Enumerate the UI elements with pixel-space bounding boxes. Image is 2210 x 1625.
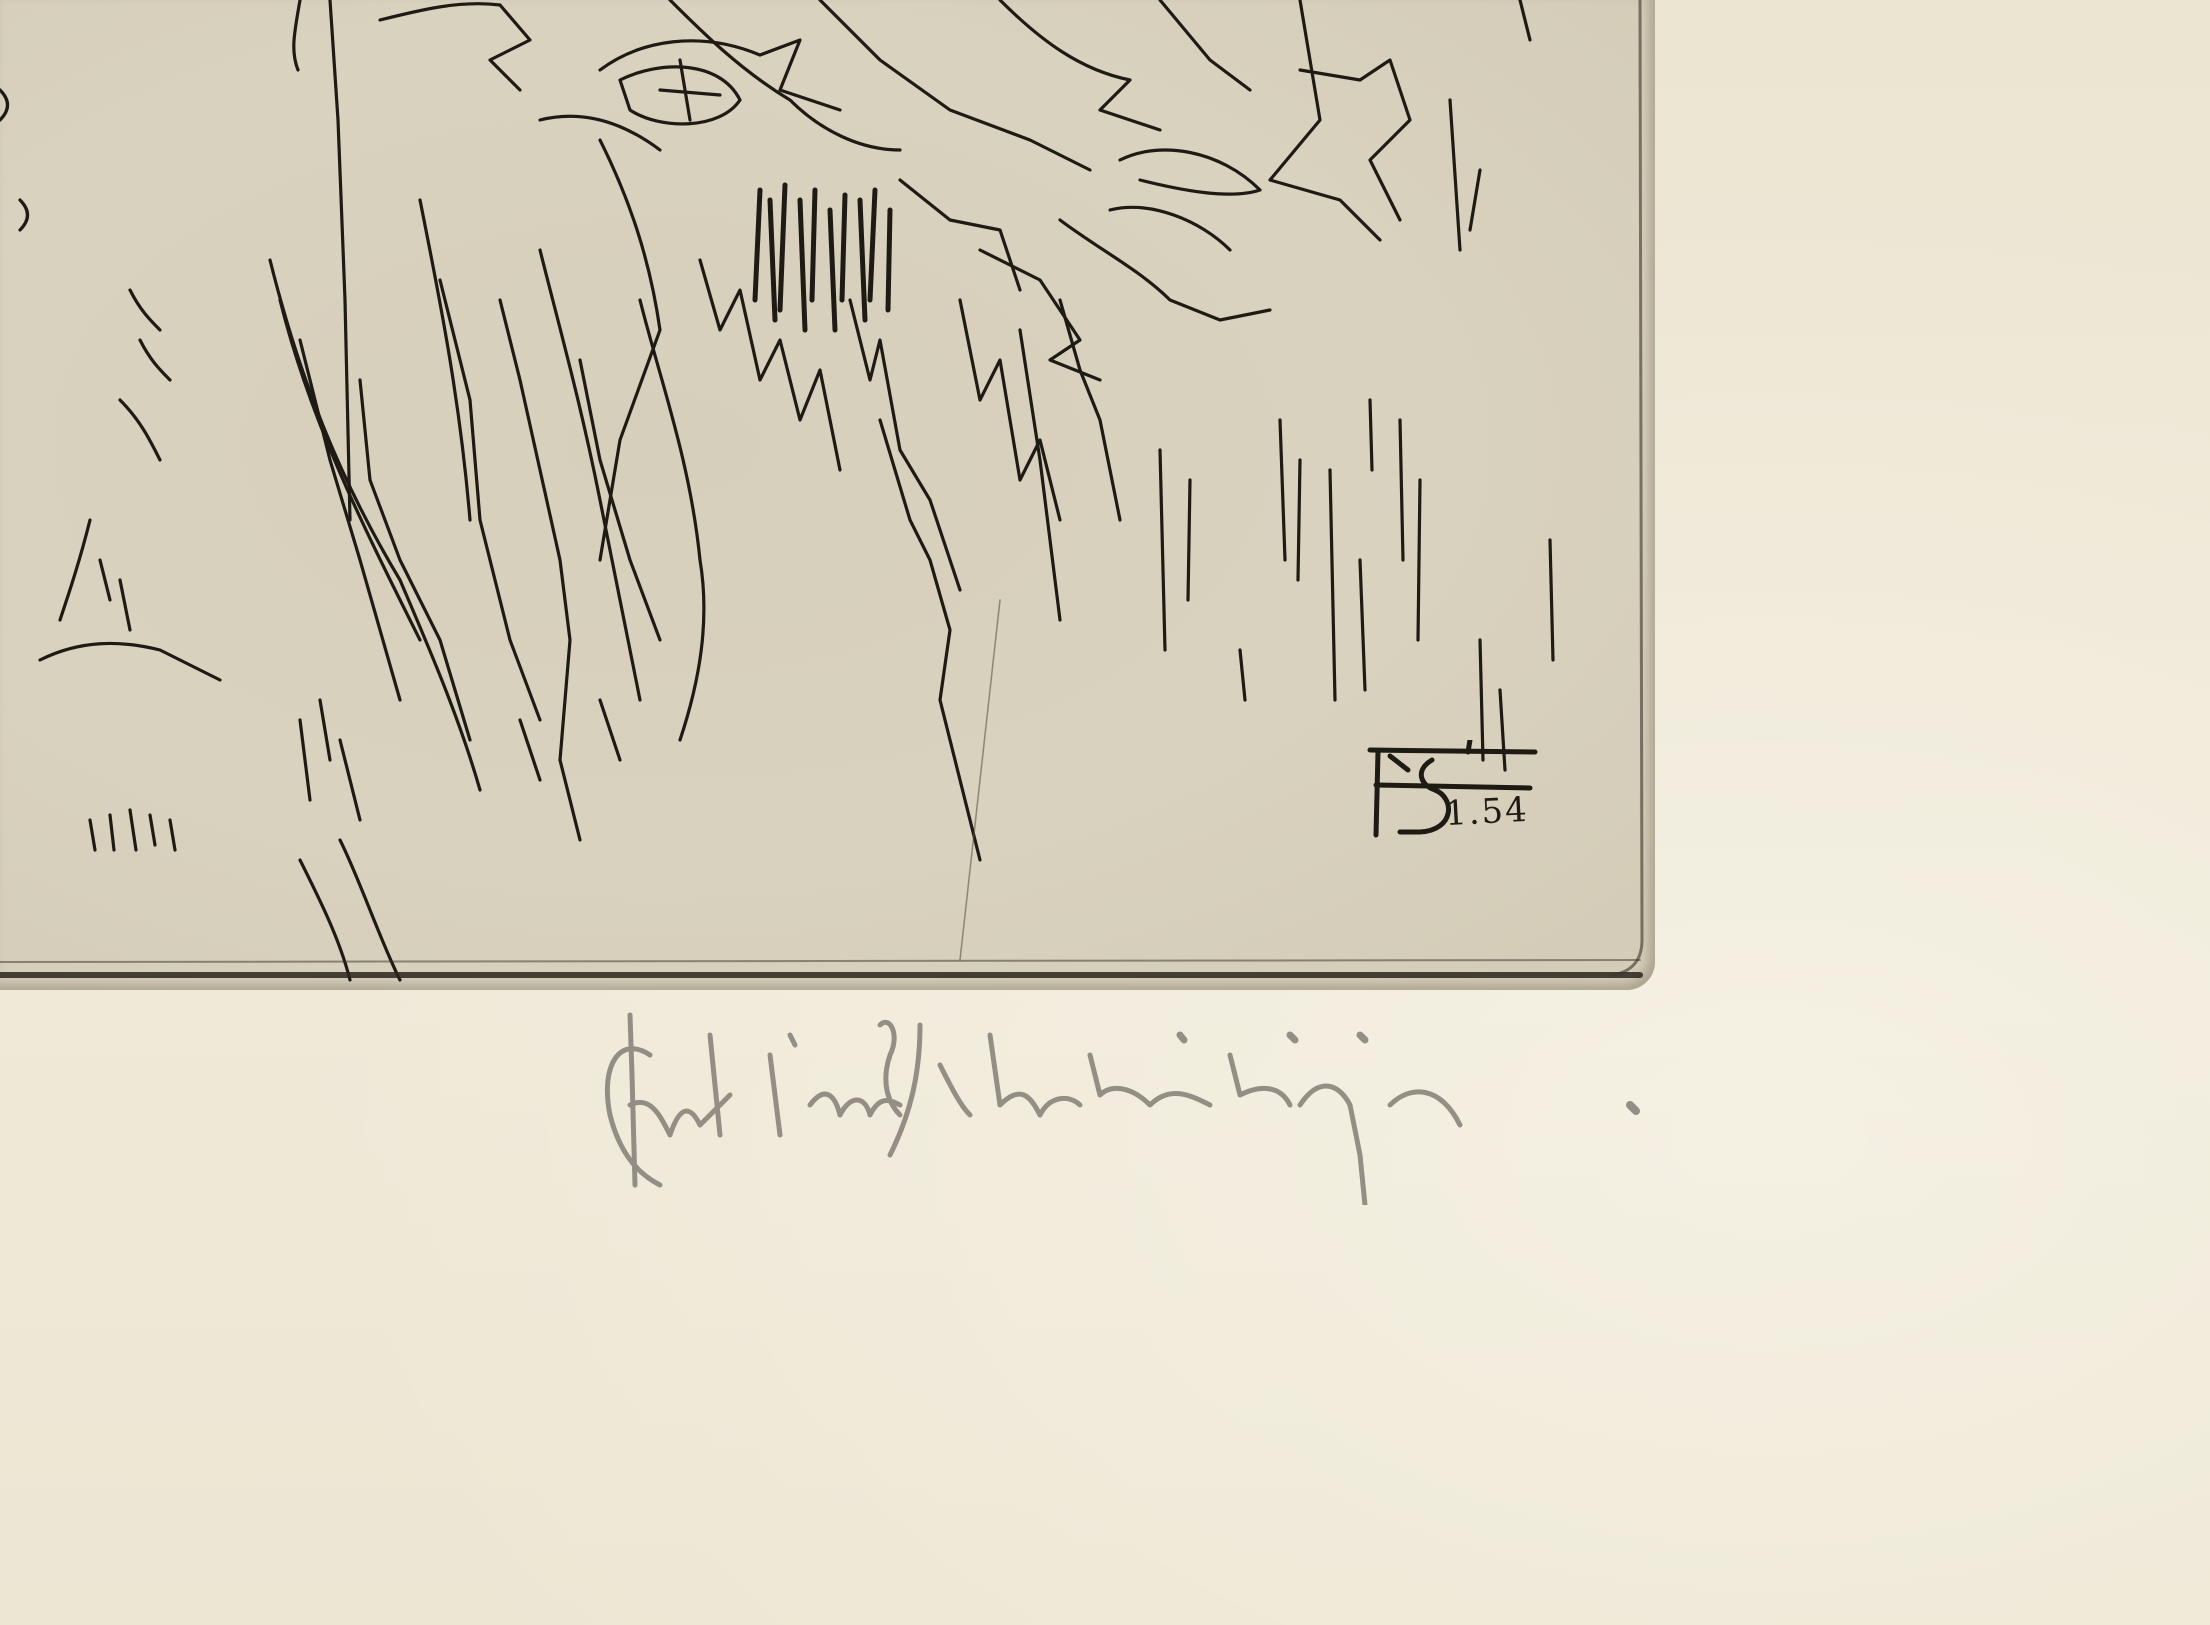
etched-plant-drawing bbox=[0, 0, 1655, 990]
etching-plate bbox=[0, 0, 1655, 990]
date-inscription: 1.54 bbox=[1444, 790, 1530, 834]
pencil-signature bbox=[590, 995, 1650, 1205]
